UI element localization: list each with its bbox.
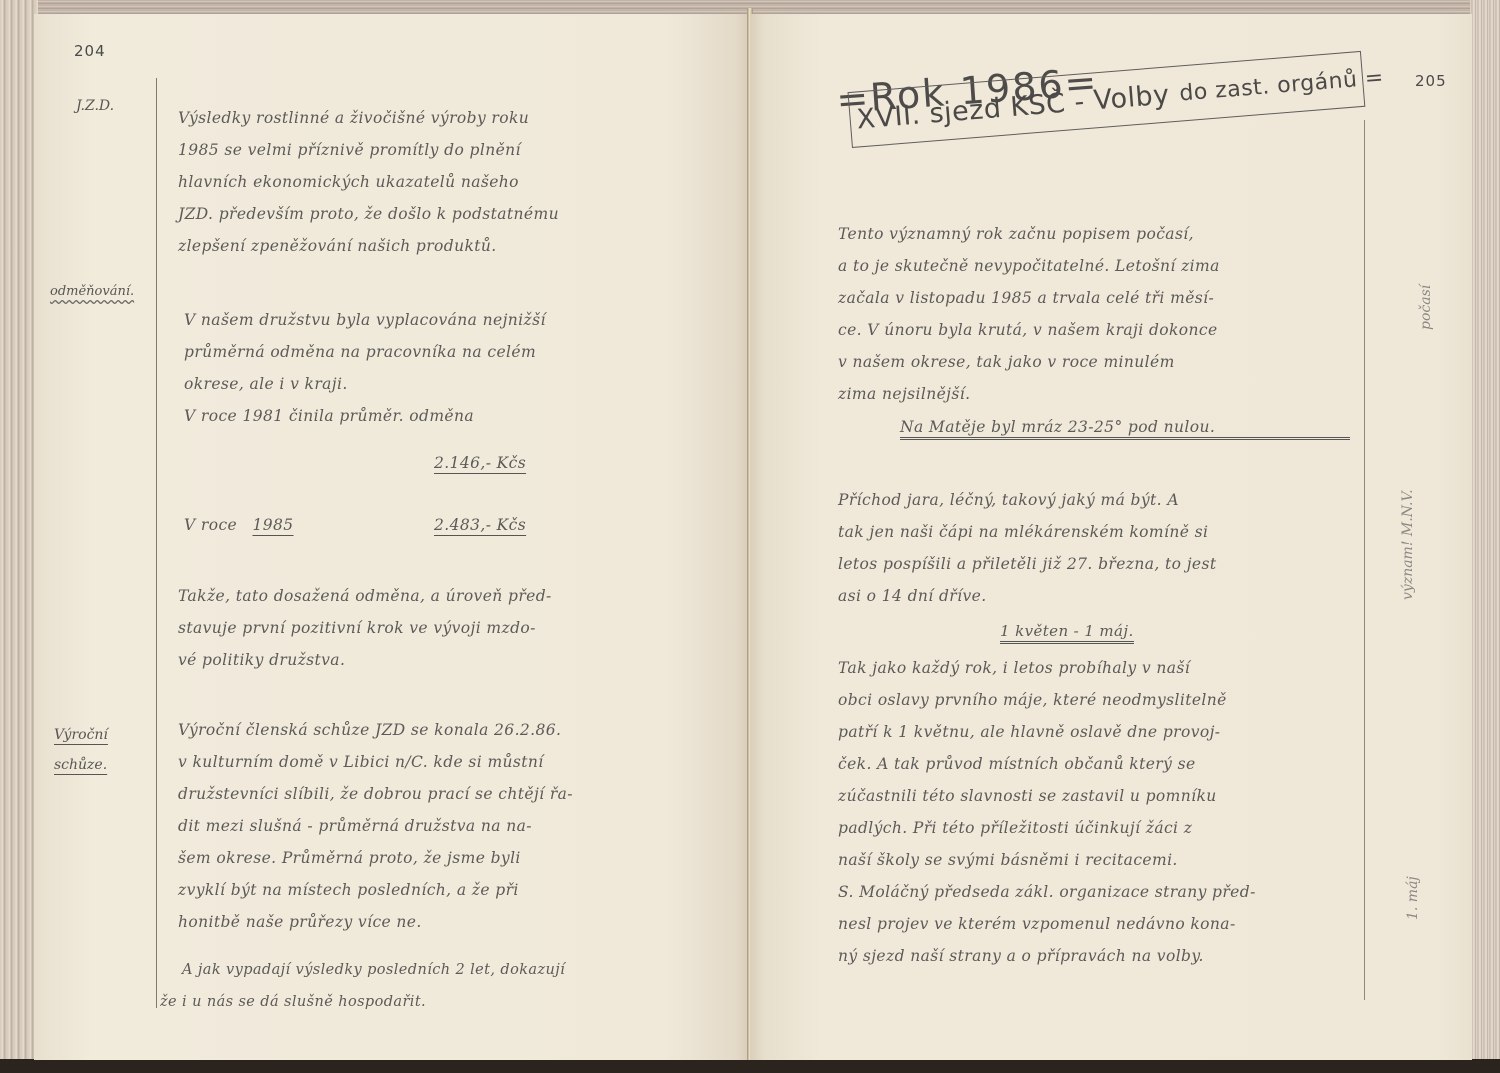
text-line: zvyklí být na místech posledních, a že p… [178, 874, 573, 906]
side-note-weather: počasí [1418, 285, 1434, 330]
paragraph-weather: Tento významný rok začnu popisem počasí,… [838, 218, 1220, 410]
margin-note-vyrocni-schuze: Výroční schůze. [54, 720, 134, 780]
amount-1985: 2.483,- Kčs [434, 516, 526, 534]
frost-note: Na Matěje byl mráz 23-25° pod nulou. [900, 418, 1350, 440]
text-line: zúčastnili této slavnosti se zastavil u … [838, 780, 1256, 812]
margin-note-jzd: J.Z.D. [76, 98, 114, 114]
text-line: Takže, tato dosažená odměna, a úroveň př… [178, 580, 552, 612]
text-line: Tak jako každý rok, i letos probíhaly v … [838, 652, 1256, 684]
right-margin-rule [1364, 120, 1365, 1000]
text-line: Výroční členská schůze JZD se konala 26.… [178, 714, 573, 746]
paragraph-may-day: Tak jako každý rok, i letos probíhaly v … [838, 652, 1256, 972]
text-line: družstevníci slíbili, že dobrou prací se… [178, 778, 573, 810]
year-1985-line: V roce 1985 [184, 516, 294, 534]
text-line: 1985 se velmi příznivě promítly do plněn… [178, 134, 559, 166]
text-line: v kulturním domě v Libici n/C. kde si mů… [178, 746, 573, 778]
text-line: patří k 1 květnu, ale hlavně oslavě dne … [838, 716, 1256, 748]
text-line: nesl projev ve kterém vzpomenul nedávno … [838, 908, 1256, 940]
left-margin-rule [156, 78, 157, 1008]
paragraph-annual-meeting: Výroční členská schůze JZD se konala 26.… [178, 714, 573, 938]
text-line: ček. A tak průvod místních občanů který … [838, 748, 1256, 780]
page-number-left: 204 [74, 42, 106, 60]
left-page: 204 J.Z.D. odměňování. Výroční schůze. V… [34, 14, 750, 1060]
paragraph-summary: Takže, tato dosažená odměna, a úroveň př… [178, 580, 552, 676]
may-day-heading: 1 květen - 1 máj. [1000, 622, 1134, 644]
text-line: ce. V únoru byla krutá, v našem kraji do… [838, 314, 1220, 346]
year-1985-prefix: V roce [184, 516, 237, 534]
text-line: V našem družstvu byla vyplacována nejniž… [184, 304, 546, 336]
text-line-1981: V roce 1981 činila průměr. odměna [184, 400, 546, 432]
heading-subtitle-tail: do zast. orgánů = [1178, 65, 1384, 106]
text-line: ný sjezd naší strany a o přípravách na v… [838, 940, 1256, 972]
paragraph-spring: Příchod jara, léčný, takový jaký má být.… [838, 484, 1216, 612]
paragraph-wages: V našem družstvu byla vyplacována nejniž… [184, 304, 546, 432]
amount-1981: 2.146,- Kčs [434, 454, 526, 472]
text-line: začala v listopadu 1985 a trvala celé tř… [838, 282, 1220, 314]
page-number-right: 205 [1415, 72, 1447, 90]
year-1985: 1985 [252, 516, 293, 534]
text-line: šem okrese. Průměrná proto, že jsme byli [178, 842, 573, 874]
text-line: Příchod jara, léčný, takový jaký má být.… [838, 484, 1216, 516]
text-line: a to je skutečně nevypočitatelné. Letošn… [838, 250, 1220, 282]
text-line: vé politiky družstva. [178, 644, 552, 676]
text-line: S. Moláčný předseda zákl. organizace str… [838, 876, 1256, 908]
text-line: zima nejsilnější. [838, 378, 1220, 410]
text-line: letos pospíšili a přiletěli již 27. břez… [838, 548, 1216, 580]
text-line: hlavních ekonomických ukazatelů našeho [178, 166, 559, 198]
paragraph-production-results: Výsledky rostlinné a živočišné výroby ro… [178, 102, 559, 262]
paragraph-conclusion: A jak vypadají výsledky posledních 2 let… [160, 954, 565, 1018]
text-line: obci oslavy prvního máje, které neodmysl… [838, 684, 1256, 716]
text-line: padlých. Při této příležitosti účinkují … [838, 812, 1256, 844]
left-page-stack [0, 0, 38, 1060]
side-note-significance: význam! M.N.V. [1400, 489, 1416, 600]
text-line: asi o 14 dní dříve. [838, 580, 1216, 612]
text-line: JZD. především proto, že došlo k podstat… [178, 198, 559, 230]
margin-note-odmenovani: odměňování. [50, 284, 134, 299]
text-line: Výsledky rostlinné a živočišné výroby ro… [178, 102, 559, 134]
text-line: dit mezi slušná - průměrná družstva na n… [178, 810, 573, 842]
book-cover-bottom [0, 1059, 1500, 1073]
right-page-stack [1470, 0, 1500, 1060]
text-line: tak jen naši čápi na mlékárenském komíně… [838, 516, 1216, 548]
text-line: A jak vypadají výsledky posledních 2 let… [160, 954, 565, 986]
text-line: průměrná odměna na pracovníka na celém [184, 336, 546, 368]
text-line: že i u nás se dá slušně hospodařit. [160, 986, 565, 1018]
text-line: v našem okrese, tak jako v roce minulém [838, 346, 1220, 378]
text-line: honitbě naše průřezy více ne. [178, 906, 573, 938]
text-line: stavuje první pozitivní krok ve vývoji m… [178, 612, 552, 644]
text-line: naší školy se svými básněmi i recitacemi… [838, 844, 1256, 876]
side-note-may-day: 1. máj [1405, 876, 1421, 920]
open-chronicle-book: 204 J.Z.D. odměňování. Výroční schůze. V… [0, 0, 1500, 1073]
text-line: zlepšení zpeněžování našich produktů. [178, 230, 559, 262]
text-line: okrese, ale i v kraji. [184, 368, 546, 400]
text-line: Tento významný rok začnu popisem počasí, [838, 218, 1220, 250]
